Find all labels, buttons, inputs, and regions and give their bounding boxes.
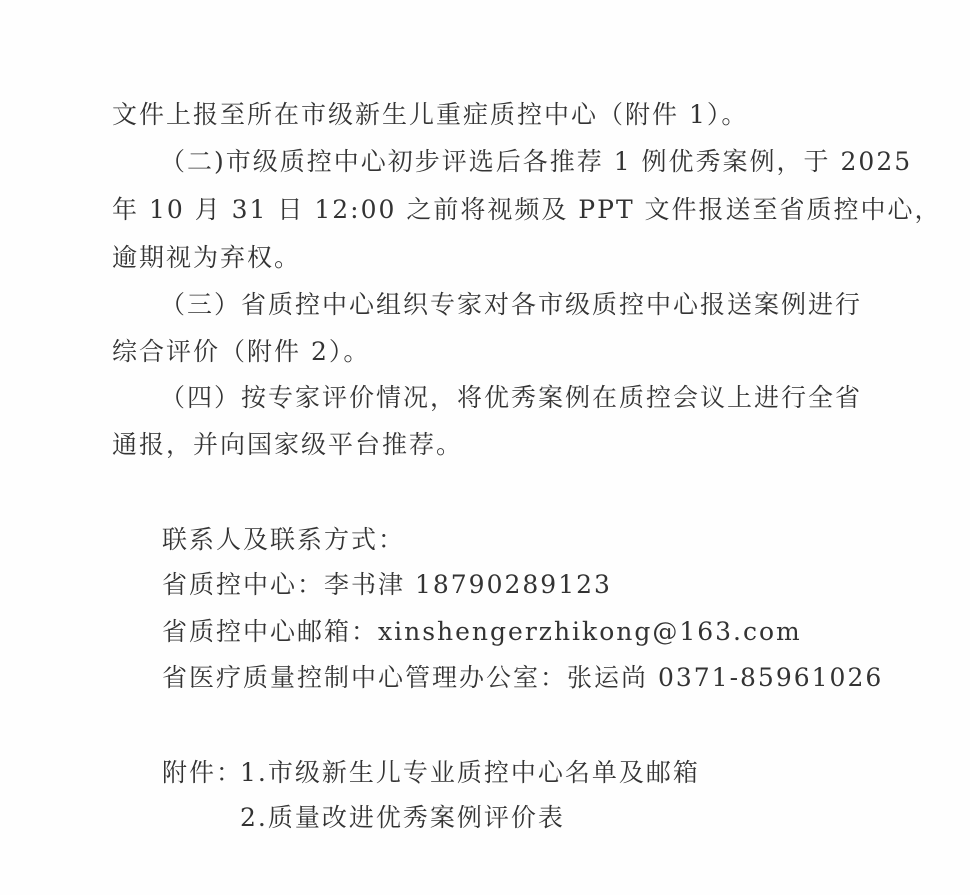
document-page: 文件上报至所在市级新生儿重症质控中心（附件 1）。 （二)市级质控中心初步评选后…	[0, 0, 970, 895]
contact-provincial-email: 省质控中心邮箱：xinshengerzhikong@163.com	[162, 617, 802, 647]
contact-office: 省医疗质量控制中心管理办公室：张运尚 0371-85961026	[162, 663, 883, 693]
paragraph-2-line-3: 逾期视为弃权。	[112, 243, 301, 273]
paragraph-4-line-2: 通报，并向国家级平台推荐。	[112, 430, 463, 460]
paragraph-1-line-1: 文件上报至所在市级新生儿重症质控中心（附件 1）。	[112, 100, 748, 130]
paragraph-4-line-1: （四）按专家评价情况，将优秀案例在质控会议上进行全省	[160, 383, 846, 413]
contact-provincial-center: 省质控中心：李书津 18790289123	[162, 570, 612, 600]
contact-heading: 联系人及联系方式：	[162, 525, 405, 555]
paragraph-2-line-1: （二)市级质控中心初步评选后各推荐 1 例优秀案例，于 2025	[160, 147, 846, 177]
attachments-label: 附件：	[162, 758, 243, 788]
attachment-item-1: 1.市级新生儿专业质控中心名单及邮箱	[240, 758, 700, 788]
paragraph-2-line-2: 年 10 月 31 日 12:00 之前将视频及 PPT 文件报送至省质控中心，	[112, 195, 834, 225]
paragraph-3-line-1: （三）省质控中心组织专家对各市级质控中心报送案例进行	[160, 290, 846, 320]
attachment-item-2: 2.质量改进优秀案例评价表	[240, 803, 565, 833]
paragraph-3-line-2: 综合评价（附件 2）。	[112, 337, 370, 367]
